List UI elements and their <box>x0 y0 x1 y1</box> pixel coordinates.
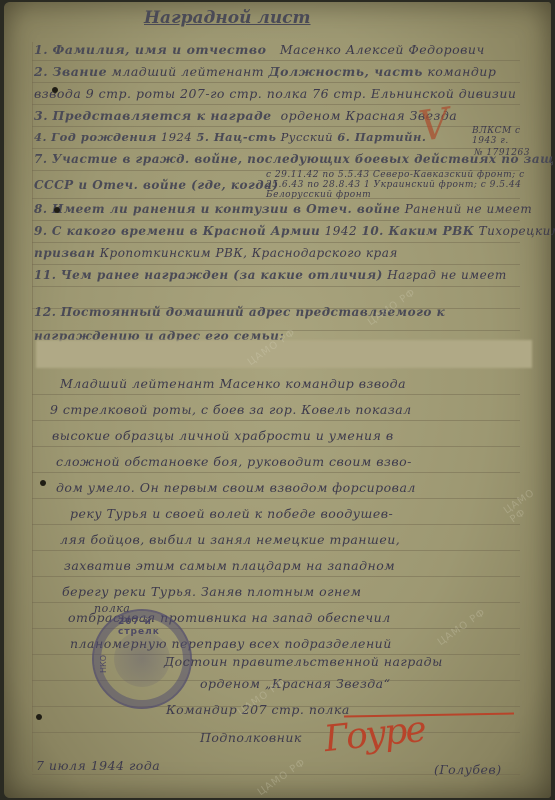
field-value: Ранений не имеет <box>405 202 533 216</box>
narrative-line: ляя бойцов, выбил и занял немецкие транш… <box>60 532 400 547</box>
award-sheet-page: Наградной лист 1. Фамилия, имя и отчеств… <box>4 2 551 798</box>
pin-hole <box>52 87 58 93</box>
field-label: С какого времени в Красной Армии <box>52 224 320 238</box>
field-number: 3. <box>34 108 48 123</box>
rule <box>32 220 520 221</box>
stamp-text: 207-й стрелк <box>118 617 190 637</box>
field-label: Звание <box>53 64 107 79</box>
rule <box>32 420 520 421</box>
watermark: ЦАМО РФ <box>256 757 308 798</box>
rule <box>32 394 520 395</box>
pin-hole <box>36 714 42 720</box>
field-combat-participation: 7. Участие в гражд. войне, последующих б… <box>34 152 555 166</box>
rule <box>32 576 520 577</box>
party-value: ВЛКСМ с 1943 г. <box>472 126 542 146</box>
field-label: СССР и Отеч. войне (где, когда) <box>34 178 279 192</box>
pin-hole <box>54 207 60 213</box>
rule <box>32 550 520 551</box>
rule <box>32 524 520 525</box>
conclusion-line: орденом „Красная Звезда“ <box>200 676 391 691</box>
field-rank-position: 2. Звание младший лейтенант Должность, ч… <box>34 64 496 79</box>
field-value: Русский <box>281 130 333 144</box>
field-combat-value: с 29.11.42 по 5.5.43 Северо-Кавказский ф… <box>266 170 536 200</box>
narrative-line: захватив этим самым плацдарм на западном <box>64 558 395 573</box>
rule <box>32 446 520 447</box>
narrative-line: 9 стрелковой роты, с боев за гор. Ковель… <box>50 402 412 417</box>
narrative-line: сложной обстановке боя, руководит своим … <box>56 454 412 469</box>
field-number: 11. <box>34 268 56 282</box>
emblem-icon <box>114 631 170 687</box>
field-value: Тихорецким <box>479 224 555 238</box>
field-label: Должность, часть <box>269 64 423 79</box>
field-label: Чем ранее награжден (за какие отличия) <box>61 268 383 282</box>
field-label: Фамилия, имя и отчество <box>53 42 267 57</box>
pin-hole <box>40 480 46 486</box>
narrative-line: дом умело. Он первым своим взводом форси… <box>56 480 416 495</box>
field-label: 10. Каким РВК <box>361 224 474 238</box>
field-combat-where-when: СССР и Отеч. войне (где, когда) <box>34 178 279 192</box>
stamp-text: НКО <box>99 655 108 673</box>
field-label: Участие в гражд. войне, последующих боев… <box>52 152 555 166</box>
field-label: призван <box>34 246 95 260</box>
field-previous-awards: 11. Чем ранее награжден (за какие отличи… <box>34 268 507 282</box>
rule <box>32 498 520 499</box>
field-label: 5. Нац-сть <box>196 130 276 144</box>
narrative-line: реку Турья и своей волей к победе воодуш… <box>70 506 393 521</box>
rule <box>32 60 520 61</box>
margin-line <box>32 42 33 772</box>
field-number: 9. <box>34 224 48 238</box>
field-number: 1. <box>34 42 48 57</box>
field-drafted-by: призван Кропоткинским РВК, Краснодарског… <box>34 246 398 260</box>
field-number: 8. <box>34 202 48 216</box>
field-wounds: 8. Имеет ли ранения и контузии в Отеч. в… <box>34 202 532 216</box>
field-label: Имеет ли ранения и контузии в Отеч. войн… <box>52 202 401 216</box>
narrative-line: высокие образцы личной храбрости и умени… <box>52 428 394 443</box>
document-title: Наградной лист <box>144 8 311 28</box>
rule <box>32 472 520 473</box>
field-value: командир <box>427 64 496 79</box>
narrative-line: берегу реки Турья. Заняв плотным огнем <box>62 584 361 599</box>
field-value: 1924 <box>161 130 192 144</box>
field-value: Кропоткинским РВК, Краснодарского края <box>100 246 398 260</box>
rule <box>32 242 520 243</box>
rule <box>32 264 520 265</box>
field-award-nominated: 3. Представляется к награде орденом Крас… <box>34 108 457 123</box>
signature-name: (Голубев) <box>434 762 502 777</box>
field-number: 2. <box>34 64 48 79</box>
rule <box>32 286 520 287</box>
field-army-since: 9. С какого времени в Красной Армии 1942… <box>34 224 555 238</box>
red-pencil-mark: V <box>416 98 453 151</box>
field-label: Представляется к награде <box>53 108 272 123</box>
field-birth-nationality-party: 4. Год рождения 1924 5. Нац-сть Русский … <box>34 130 426 144</box>
rule <box>32 148 520 149</box>
rule <box>32 82 520 83</box>
field-value: 1942 <box>325 224 358 238</box>
field-label: Год рождения <box>51 130 157 144</box>
commander-rank: Подполковник <box>200 730 302 745</box>
field-label: 6. Партийн. <box>337 130 426 144</box>
field-value: младший лейтенант <box>112 64 265 79</box>
document-date: 7 июля 1944 года <box>36 758 160 773</box>
field-value: Наград не имеет <box>387 268 507 282</box>
watermark: ЦАМО РФ <box>502 481 553 526</box>
narrative-line: Младший лейтенант Масенко командир взвод… <box>60 376 406 391</box>
field-number: 12. <box>34 305 56 319</box>
field-full-name: 1. Фамилия, имя и отчество Масенко Алекс… <box>34 42 485 57</box>
conclusion-line: Достоин правительственной награды <box>164 654 443 669</box>
field-number: 7. <box>34 152 48 166</box>
field-number: 4. <box>34 130 47 144</box>
field-value: Масенко Алексей Федорович <box>280 42 485 57</box>
